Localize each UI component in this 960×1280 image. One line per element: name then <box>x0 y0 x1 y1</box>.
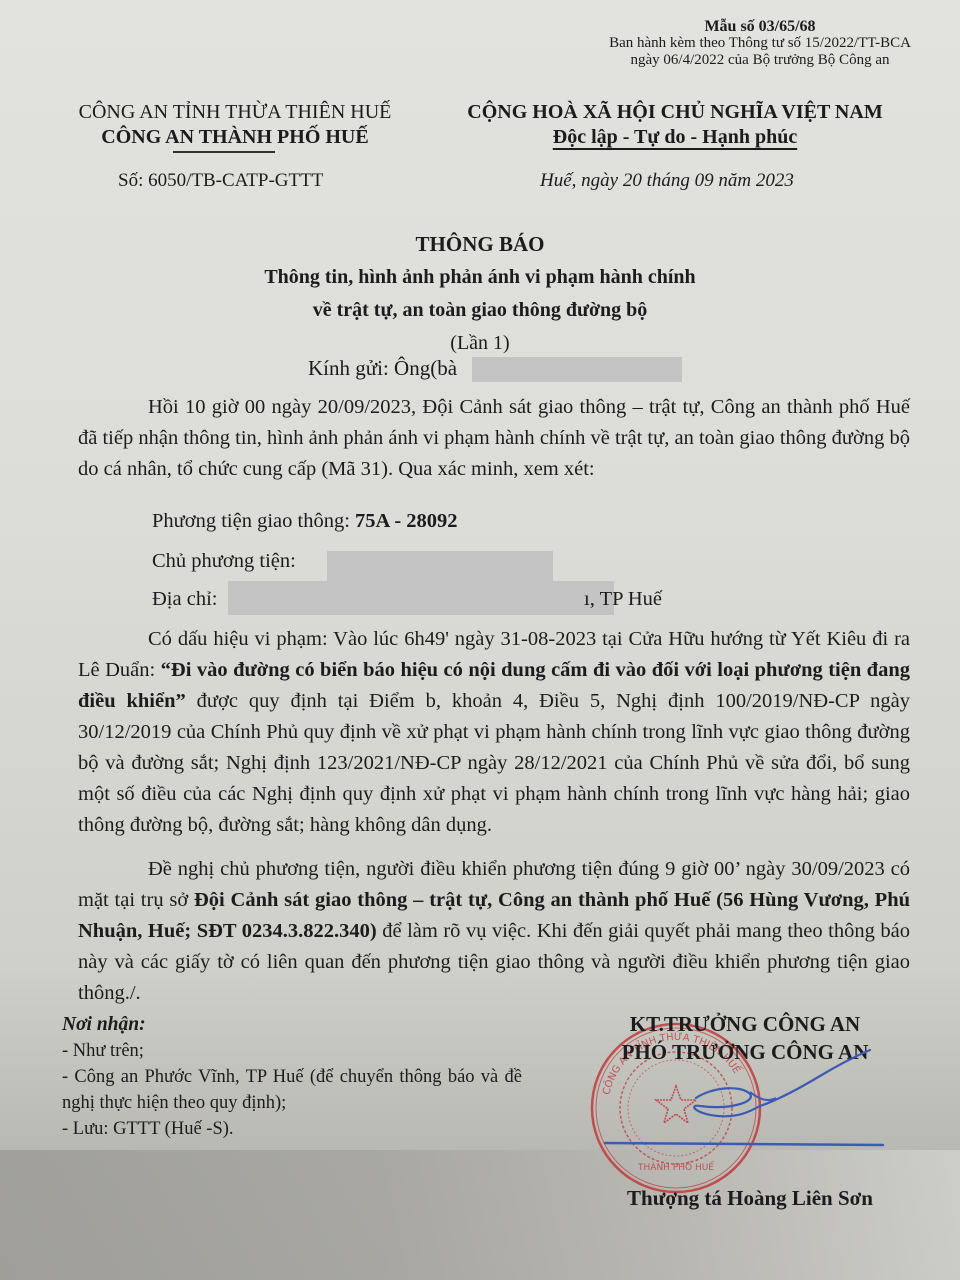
redacted-owner-name <box>327 551 553 581</box>
redacted-addressee-name <box>472 357 682 382</box>
recipient-item: - Như trên; <box>62 1038 522 1064</box>
addressee-label: Kính gửi: Ông(bà <box>308 356 457 380</box>
agency-underline <box>173 151 275 153</box>
agency-name: CÔNG AN THÀNH PHỐ HUẾ <box>40 125 430 150</box>
national-name: CỘNG HOÀ XÃ HỘI CHỦ NGHĨA VIỆT NAM <box>440 100 910 125</box>
intro-text: Hồi 10 giờ 00 ngày 20/09/2023, Đội Cảnh … <box>78 396 910 480</box>
issuing-agency: CÔNG AN TỈNH THỪA THIÊN HUẾ CÔNG AN THÀN… <box>40 100 430 150</box>
recipient-item: - Lưu: GTTT (Huế -S). <box>62 1116 522 1142</box>
form-number-block: Mẫu số 03/65/68 Ban hành kèm theo Thông … <box>560 18 960 69</box>
addressee: Kính gửi: Ông(bà <box>308 356 457 381</box>
license-plate: 75A - 28092 <box>355 510 458 532</box>
vehicle-label: Phương tiện giao thông: <box>152 510 355 532</box>
address-tail: ı, TP Huế <box>584 588 662 611</box>
vehicle-line: Phương tiện giao thông: 75A - 28092 <box>152 510 458 533</box>
agency-name-text: CÔNG AN THÀNH PHỐ HUẾ <box>101 126 368 148</box>
address-label: Địa chỉ: <box>152 588 217 610</box>
svg-text:THÀNH PHỐ HUẾ: THÀNH PHỐ HUẾ <box>637 1160 714 1173</box>
violation-legal-basis: được quy định tại Điểm b, khoản 4, Điều … <box>78 690 910 836</box>
national-motto: Độc lập - Tự do - Hạnh phúc <box>440 125 910 150</box>
form-number: Mẫu số 03/65/68 <box>560 18 960 35</box>
notice-title-block: THÔNG BÁO Thông tin, hình ảnh phản ánh v… <box>120 228 840 360</box>
notice-subtitle-1: Thông tin, hình ảnh phản ánh vi phạm hàn… <box>120 261 840 294</box>
recipients-block: Nơi nhận: - Như trên; - Công an Phước Vĩ… <box>62 1012 522 1142</box>
form-issued-line1: Ban hành kèm theo Thông tư số 15/2022/TT… <box>560 35 960 52</box>
notice-round: (Lần 1) <box>120 327 840 360</box>
form-issued-line2: ngày 06/4/2022 của Bộ trưởng Bộ Công an <box>560 52 960 69</box>
recipient-item: - Công an Phước Vĩnh, TP Huế (để chuyển … <box>62 1064 522 1116</box>
owner-line: Chủ phương tiện: <box>152 550 296 573</box>
signer-title-1: KT.TRƯỞNG CÔNG AN <box>580 1012 910 1037</box>
national-header: CỘNG HOÀ XÃ HỘI CHỦ NGHĨA VIỆT NAM Độc l… <box>440 100 910 150</box>
notice-title: THÔNG BÁO <box>120 228 840 261</box>
document-number: Số: 6050/TB-CATP-GTTT <box>118 170 323 192</box>
handwritten-signature-icon <box>600 1040 900 1160</box>
redacted-address <box>228 581 614 615</box>
national-motto-text: Độc lập - Tự do - Hạnh phúc <box>553 126 797 148</box>
notice-subtitle-2: về trật tự, an toàn giao thông đường bộ <box>120 294 840 327</box>
signer-name: Thượng tá Hoàng Liên Sơn <box>570 1186 930 1211</box>
owner-label: Chủ phương tiện: <box>152 550 296 572</box>
photo-shadow <box>0 1150 960 1280</box>
violation-paragraph: Có dấu hiệu vi phạm: Vào lúc 6h49' ngày … <box>78 624 910 841</box>
address-line: Địa chỉ: <box>152 588 217 611</box>
request-paragraph: Đề nghị chủ phương tiện, người điều khiể… <box>78 854 910 1009</box>
recipients-header: Nơi nhận: <box>62 1012 522 1038</box>
document-date: Huế, ngày 20 tháng 09 năm 2023 <box>540 170 794 192</box>
agency-parent: CÔNG AN TỈNH THỪA THIÊN HUẾ <box>40 100 430 125</box>
intro-paragraph: Hồi 10 giờ 00 ngày 20/09/2023, Đội Cảnh … <box>78 392 910 485</box>
